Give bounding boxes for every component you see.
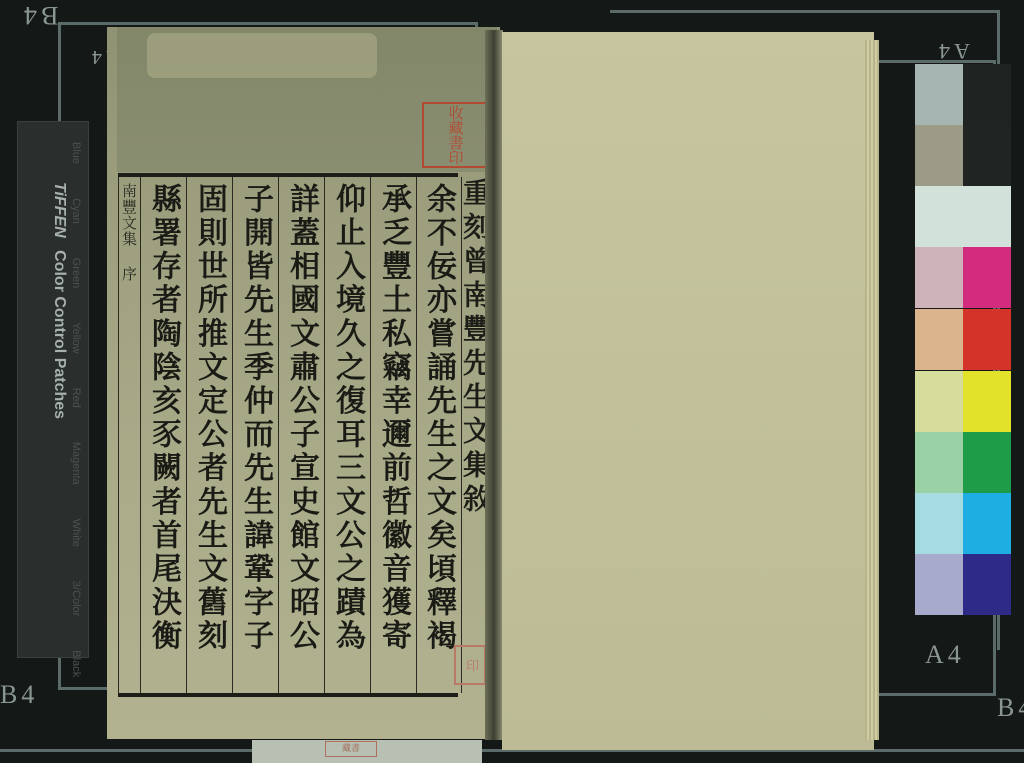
patch-black [963, 64, 1011, 125]
patch-light-gray [915, 64, 963, 125]
tiffen-label: Cyan [70, 198, 82, 224]
text-column-2: 承乏豐土私竊幸邇前哲徽音獲寄 [370, 177, 416, 693]
patch-pale-magenta [915, 247, 963, 308]
tiffen-label: Magenta [70, 442, 82, 485]
patch-black [963, 125, 1011, 186]
page-edges [865, 40, 879, 740]
board-label-b4-top-left: B4 [20, 0, 58, 30]
tiffen-label: 3/Color [70, 581, 82, 616]
tiffen-label: Yellow [70, 322, 82, 353]
patch-red [963, 309, 1011, 370]
bottom-seal-stamp: 藏書 [325, 741, 377, 757]
text-column-7: 縣署存者陶陰亥豕闕者首尾決衡 [140, 177, 186, 693]
patch-blue [963, 554, 1011, 615]
text-column-6: 固則世所推文定公者先生文舊刻 [186, 177, 232, 693]
patch-yellow [963, 371, 1011, 432]
tiffen-patch-labels: Blue Cyan Green Yellow Red Magenta White… [70, 142, 82, 642]
board-label-a4-bottom-right: A4 [925, 640, 965, 670]
gutter-column: 南豐文集 序 [118, 177, 140, 693]
right-page-blank [502, 32, 874, 750]
patch-pale-cyan [915, 493, 963, 554]
patch-cyan [963, 493, 1011, 554]
patch-green [963, 432, 1011, 493]
tiffen-label: Green [70, 258, 82, 289]
collector-seal-top: 收藏書印 [422, 102, 488, 168]
patch-pale-green [915, 432, 963, 493]
text-column-3: 仰止入境久之復耳三文公之蹟為 [324, 177, 370, 693]
tiffen-title: TiFFEN Color Control Patches [50, 182, 68, 582]
patch-white [915, 186, 1011, 247]
patch-magenta [963, 247, 1011, 308]
tiffen-label: White [70, 519, 82, 547]
board-label-b4-bottom-left: B4 [0, 680, 38, 710]
tiffen-title-label: Color Control Patches [51, 250, 68, 419]
tiffen-label: Blue [70, 142, 82, 164]
patch-mid-gray [915, 125, 963, 186]
board-label-b4-bottom-right: B4 [997, 693, 1024, 723]
tiffen-color-control-strip: TiFFEN Color Control Patches Blue Cyan G… [17, 121, 89, 658]
text-column-5: 子開皆先生季仲而先生諱鞏字子 [232, 177, 278, 693]
page-stain [147, 33, 377, 78]
book-spine [485, 30, 503, 740]
board-label-a4-top-right: A4 [935, 38, 970, 64]
tiffen-label: Black [70, 650, 82, 677]
patch-pale-blue [915, 554, 963, 615]
text-column-1: 余不佞亦嘗誦先生之文矣頃釋褐 [416, 177, 462, 693]
tiffen-brand: TiFFEN [51, 182, 68, 238]
collector-seal-bottom: 印 [454, 645, 486, 685]
patch-pale-red [915, 309, 963, 370]
tiffen-label: Red [70, 388, 82, 408]
text-block: 南豐文集 序 縣署存者陶陰亥豕闕者首尾決衡 固則世所推文定公者先生文舊刻 子開皆… [118, 173, 458, 697]
color-checker-card [915, 64, 1011, 616]
patch-pale-yellow [915, 371, 963, 432]
text-column-4: 詳蓋相國文肅公子宣史館文昭公 [278, 177, 324, 693]
